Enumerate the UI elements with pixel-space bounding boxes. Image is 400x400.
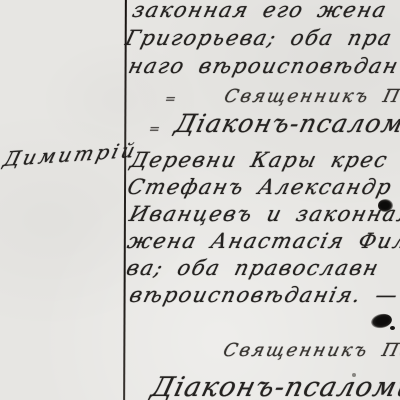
ink-blot	[378, 199, 393, 212]
record-text-line: Деревни Кары крес	[128, 148, 391, 172]
record-text-line: Григорьева; оба пра	[123, 26, 395, 50]
ink-blot	[390, 326, 395, 330]
margin-entry-name: Димитрій	[1, 138, 140, 171]
deacon-signature-line: Діаконъ-псаломщик	[148, 372, 400, 400]
record-text-line: Стефанъ Александр	[125, 175, 395, 199]
priest-signature-line: Священникъ Па	[221, 340, 400, 361]
scanned-register-page: законная его жена Григорьева; оба пра на…	[0, 0, 400, 400]
deacon-signature-line: Діаконъ-псаломщ	[172, 109, 400, 138]
record-text-line: Иванцевъ и законная	[127, 202, 400, 226]
record-text-line: наго вѣроисповѣдан	[126, 54, 400, 78]
column-rule-line	[123, 0, 127, 400]
priest-signature-line: Священникъ Па	[222, 86, 400, 107]
record-text-line: вѣроисповѣданія. —	[127, 283, 400, 307]
record-text-line: жена Анастасія Фил	[125, 229, 400, 253]
record-text-line: ва; оба православн	[124, 256, 382, 280]
ditto-mark: =	[163, 92, 178, 107]
record-text-line: законная его жена	[130, 0, 390, 22]
ditto-mark: =	[147, 122, 162, 137]
ink-speck	[352, 373, 356, 377]
